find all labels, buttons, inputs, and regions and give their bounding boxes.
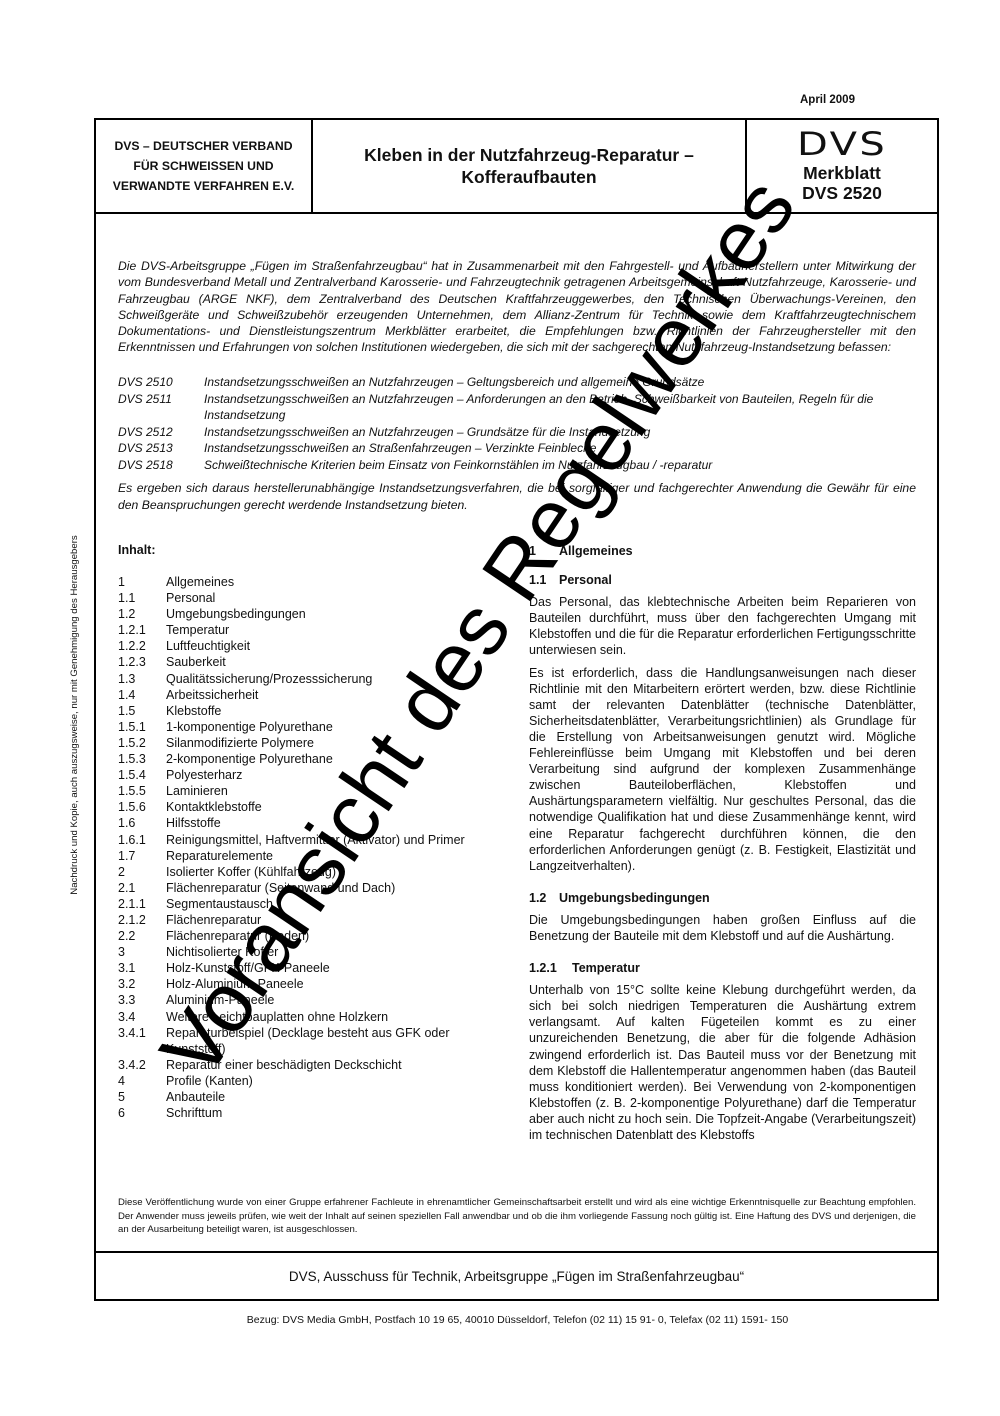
toc-number: 2.1	[118, 880, 166, 896]
toc-label: 2-komponentige Polyurethane	[166, 751, 498, 767]
toc-number: 1	[118, 574, 166, 590]
side-note-container: Nachdruck und Kopie, auch auszugsweise, …	[64, 500, 88, 930]
toc-label: Reparaturbeispiel (Decklage besteht aus …	[166, 1025, 498, 1057]
toc-label: Flächenreparatur (Boden)	[166, 928, 498, 944]
section-number: 1.2.1	[529, 960, 572, 976]
toc-number: 1.6	[118, 815, 166, 831]
body-column: 1 Allgemeines 1.1 Personal Das Personal,…	[529, 543, 916, 1149]
section-heading: 1.1 Personal	[529, 572, 916, 588]
toc-item: 1.6Hilfsstoffe	[118, 815, 498, 831]
toc-number: 5	[118, 1089, 166, 1105]
toc-label: 1-komponentige Polyurethane	[166, 719, 498, 735]
reference-code: DVS 2513	[118, 440, 204, 457]
toc-label: Anbauteile	[166, 1089, 498, 1105]
toc-item: 1.1Personal	[118, 590, 498, 606]
document-header: DVS – DEUTSCHER VERBAND FÜR SCHWEISSEN U…	[94, 118, 939, 214]
toc-item: 2.1.1Segmentaustausch	[118, 896, 498, 912]
toc-number: 1.5.1	[118, 719, 166, 735]
section-title: Allgemeines	[559, 543, 633, 559]
toc-label: Holz-Aluminium-Paneele	[166, 976, 498, 992]
copyright-side-note: Nachdruck und Kopie, auch auszugsweise, …	[69, 500, 83, 930]
toc-label: Schrifttum	[166, 1105, 498, 1121]
title-line: Kleben in der Nutzfahrzeug-Reparatur –	[364, 144, 694, 166]
toc-item: 3.1Holz-Kunststoff/GFK-Paneele	[118, 960, 498, 976]
toc-label: Flächenreparatur	[166, 912, 498, 928]
organization-name: DVS – DEUTSCHER VERBAND FÜR SCHWEISSEN U…	[96, 120, 313, 212]
section-title: Temperatur	[572, 960, 640, 976]
toc-number: 1.5.5	[118, 783, 166, 799]
section-heading: 1 Allgemeines	[529, 543, 916, 559]
toc-item: 2.1Flächenreparatur (Seitenwand und Dach…	[118, 880, 498, 896]
section-title: Umgebungsbedingungen	[559, 890, 710, 906]
table-of-contents: 1Allgemeines1.1Personal1.2Umgebungsbedin…	[118, 574, 498, 1121]
toc-label: Laminieren	[166, 783, 498, 799]
section-heading: 1.2 Umgebungsbedingungen	[529, 890, 916, 906]
toc-number: 1.5.3	[118, 751, 166, 767]
committee-box: DVS, Ausschuss für Technik, Arbeitsgrupp…	[94, 1251, 939, 1301]
toc-label: Reinigungsmittel, Haftvermittler (Aktiva…	[166, 832, 498, 848]
toc-label: Holz-Kunststoff/GFK-Paneele	[166, 960, 498, 976]
organization-line: FÜR SCHWEISSEN UND	[113, 156, 295, 176]
toc-number: 3.4.1	[118, 1025, 166, 1057]
toc-heading: Inhalt:	[118, 543, 156, 557]
body-paragraph: Das Personal, das klebtechnische Arbeite…	[529, 594, 916, 658]
toc-item: 2Isolierter Koffer (Kühlfahrzeug)	[118, 864, 498, 880]
reference-item: DVS 2512 Instandsetzungsschweißen an Nut…	[118, 424, 916, 441]
disclaimer: Diese Veröffentlichung wurde von einer G…	[118, 1196, 916, 1237]
reference-title: Instandsetzungsschweißen an Nutzfahrzeug…	[204, 391, 916, 424]
toc-number: 2	[118, 864, 166, 880]
toc-number: 2.2	[118, 928, 166, 944]
toc-label: Arbeitssicherheit	[166, 687, 498, 703]
toc-item: 1.6.1Reinigungsmittel, Haftvermittler (A…	[118, 832, 498, 848]
toc-number: 1.2.2	[118, 638, 166, 654]
toc-label: Silanmodifizierte Polymere	[166, 735, 498, 751]
toc-item: 1.5.4Polyesterharz	[118, 767, 498, 783]
reference-code: DVS 2512	[118, 424, 204, 441]
document-id-block: DVS Merkblatt DVS 2520	[747, 120, 937, 212]
toc-item: 3.3Aluminium-Paneele	[118, 992, 498, 1008]
toc-label: Sauberkeit	[166, 654, 498, 670]
toc-label: Klebstoffe	[166, 703, 498, 719]
toc-label: Weitere Leichtbauplatten ohne Holzkern	[166, 1009, 498, 1025]
toc-number: 1.2	[118, 606, 166, 622]
organization-line: DVS – DEUTSCHER VERBAND	[113, 136, 295, 156]
toc-number: 2.1.1	[118, 896, 166, 912]
toc-item: 2.1.2Flächenreparatur	[118, 912, 498, 928]
toc-item: 1.5.11-komponentige Polyurethane	[118, 719, 498, 735]
toc-label: Reparatur einer beschädigten Deckschicht	[166, 1057, 498, 1073]
toc-label: Luftfeuchtigkeit	[166, 638, 498, 654]
toc-number: 3.1	[118, 960, 166, 976]
toc-number: 6	[118, 1105, 166, 1121]
toc-item: 3.4.2Reparatur einer beschädigten Decksc…	[118, 1057, 498, 1073]
toc-item: 1.5.6Kontaktklebstoffe	[118, 799, 498, 815]
reference-item: DVS 2511 Instandsetzungsschweißen an Nut…	[118, 391, 916, 424]
toc-number: 1.5.2	[118, 735, 166, 751]
outro-paragraph: Es ergeben sich daraus herstellerunabhän…	[118, 480, 916, 513]
reference-item: DVS 2513 Instandsetzungsschweißen an Str…	[118, 440, 916, 457]
toc-label: Hilfsstoffe	[166, 815, 498, 831]
toc-number: 1.7	[118, 848, 166, 864]
toc-label: Segmentaustausch	[166, 896, 498, 912]
document-number: DVS 2520	[802, 183, 882, 203]
ordering-info: Bezug: DVS Media GmbH, Postfach 10 19 65…	[0, 1314, 1000, 1326]
toc-label: Kontaktklebstoffe	[166, 799, 498, 815]
toc-item: 5Anbauteile	[118, 1089, 498, 1105]
toc-item: 2.2Flächenreparatur (Boden)	[118, 928, 498, 944]
intro-paragraph: Die DVS-Arbeitsgruppe „Fügen im Straßenf…	[118, 258, 916, 356]
toc-item: 1Allgemeines	[118, 574, 498, 590]
toc-item: 1.5.2Silanmodifizierte Polymere	[118, 735, 498, 751]
publication-date: April 2009	[800, 94, 870, 106]
toc-label: Aluminium-Paneele	[166, 992, 498, 1008]
reference-code: DVS 2511	[118, 391, 204, 424]
toc-label: Flächenreparatur (Seitenwand und Dach)	[166, 880, 498, 896]
toc-number: 2.1.2	[118, 912, 166, 928]
committee-text: DVS, Ausschuss für Technik, Arbeitsgrupp…	[289, 1269, 744, 1284]
reference-title: Instandsetzungsschweißen an Nutzfahrzeug…	[204, 374, 916, 391]
toc-number: 1.5.4	[118, 767, 166, 783]
toc-number: 1.5	[118, 703, 166, 719]
toc-label: Profile (Kanten)	[166, 1073, 498, 1089]
title-line: Kofferaufbauten	[461, 166, 596, 188]
section-heading: 1.2.1 Temperatur	[529, 960, 916, 976]
section-number: 1.2	[529, 890, 559, 906]
toc-item: 1.2.3Sauberkeit	[118, 654, 498, 670]
toc-number: 3.3	[118, 992, 166, 1008]
toc-number: 1.2.1	[118, 622, 166, 638]
toc-number: 1.6.1	[118, 832, 166, 848]
toc-item: 1.2.2Luftfeuchtigkeit	[118, 638, 498, 654]
toc-item: 1.7Reparaturelemente	[118, 848, 498, 864]
reference-title: Schweißtechnische Kriterien beim Einsatz…	[204, 457, 916, 474]
reference-code: DVS 2518	[118, 457, 204, 474]
reference-list: DVS 2510 Instandsetzungsschweißen an Nut…	[118, 374, 916, 473]
section-title: Personal	[559, 572, 612, 588]
body-paragraph: Es ist erforderlich, dass die Handlungsa…	[529, 665, 916, 874]
reference-title: Instandsetzungsschweißen an Nutzfahrzeug…	[204, 424, 916, 441]
dvs-logo: DVS	[797, 129, 887, 159]
toc-label: Temperatur	[166, 622, 498, 638]
toc-number: 1.3	[118, 671, 166, 687]
toc-label: Allgemeines	[166, 574, 498, 590]
body-paragraph: Unterhalb von 15°C sollte keine Klebung …	[529, 982, 916, 1143]
toc-item: 3.4.1Reparaturbeispiel (Decklage besteht…	[118, 1025, 498, 1057]
toc-number: 3.4.2	[118, 1057, 166, 1073]
reference-item: DVS 2518 Schweißtechnische Kriterien bei…	[118, 457, 916, 474]
toc-number: 3	[118, 944, 166, 960]
toc-item: 1.5.5Laminieren	[118, 783, 498, 799]
reference-code: DVS 2510	[118, 374, 204, 391]
toc-number: 3.2	[118, 976, 166, 992]
toc-number: 4	[118, 1073, 166, 1089]
toc-number: 1.4	[118, 687, 166, 703]
toc-item: 1.2Umgebungsbedingungen	[118, 606, 498, 622]
toc-label: Reparaturelemente	[166, 848, 498, 864]
toc-label: Umgebungsbedingungen	[166, 606, 498, 622]
organization-line: VERWANDTE VERFAHREN E.V.	[113, 176, 295, 196]
toc-item: 1.5Klebstoffe	[118, 703, 498, 719]
toc-label: Personal	[166, 590, 498, 606]
reference-title: Instandsetzungsschweißen an Straßenfahrz…	[204, 440, 916, 457]
toc-label: Nichtisolierter Koffer	[166, 944, 498, 960]
toc-label: Qualitätssicherung/Prozesssicherung	[166, 671, 498, 687]
toc-item: 4Profile (Kanten)	[118, 1073, 498, 1089]
toc-number: 1.2.3	[118, 654, 166, 670]
document-type: Merkblatt	[803, 163, 881, 183]
document-title: Kleben in der Nutzfahrzeug-Reparatur – K…	[313, 120, 747, 212]
toc-label: Isolierter Koffer (Kühlfahrzeug)	[166, 864, 498, 880]
toc-number: 1.1	[118, 590, 166, 606]
section-number: 1.1	[529, 572, 559, 588]
toc-number: 1.5.6	[118, 799, 166, 815]
toc-label: Polyesterharz	[166, 767, 498, 783]
reference-item: DVS 2510 Instandsetzungsschweißen an Nut…	[118, 374, 916, 391]
toc-item: 1.5.32-komponentige Polyurethane	[118, 751, 498, 767]
toc-item: 3.2Holz-Aluminium-Paneele	[118, 976, 498, 992]
toc-item: 1.4Arbeitssicherheit	[118, 687, 498, 703]
toc-item: 1.3Qualitätssicherung/Prozesssicherung	[118, 671, 498, 687]
section-number: 1	[529, 543, 559, 559]
body-paragraph: Die Umgebungsbedingungen haben großen Ei…	[529, 912, 916, 944]
toc-item: 6Schrifttum	[118, 1105, 498, 1121]
toc-number: 3.4	[118, 1009, 166, 1025]
toc-item: 3Nichtisolierter Koffer	[118, 944, 498, 960]
toc-item: 3.4Weitere Leichtbauplatten ohne Holzker…	[118, 1009, 498, 1025]
toc-item: 1.2.1Temperatur	[118, 622, 498, 638]
